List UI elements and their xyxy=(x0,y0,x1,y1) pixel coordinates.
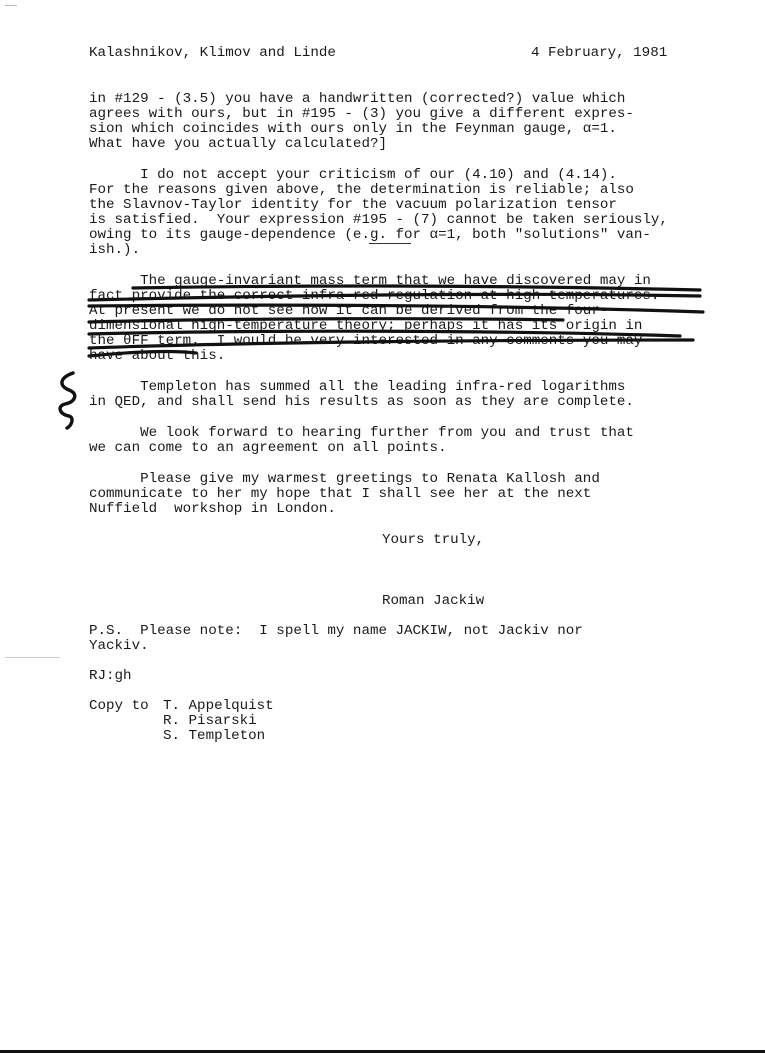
text-line: Please give my warmest greetings to Rena… xyxy=(89,472,600,487)
text-line: Nuffield workshop in London. xyxy=(89,502,336,517)
text-line: Yackiv. xyxy=(89,639,149,654)
text-line: in QED, and shall send his results as so… xyxy=(89,395,634,410)
margin-squiggle-icon xyxy=(55,370,85,430)
closing: Yours truly, xyxy=(382,533,484,548)
text-line: P.S. Please note: I spell my name JACKIW… xyxy=(89,624,583,639)
typist-initials: RJ:gh xyxy=(89,669,132,684)
copy-recipient: S. Templeton xyxy=(163,729,265,744)
scan-artifact xyxy=(5,657,60,658)
handwritten-strikethrough-icon xyxy=(0,0,765,1053)
copy-recipient: T. Appelquist xyxy=(163,699,274,714)
scan-artifact xyxy=(5,5,17,6)
signature-name: Roman Jackiw xyxy=(382,594,484,609)
text-line: communicate to her my hope that I shall … xyxy=(89,487,591,502)
copy-recipient: R. Pisarski xyxy=(163,714,257,729)
text-line: we can come to an agreement on all point… xyxy=(89,441,447,456)
copy-label: Copy to xyxy=(89,699,149,714)
text-line: We look forward to hearing further from … xyxy=(89,426,634,441)
text-line: Templeton has summed all the leading inf… xyxy=(89,380,625,395)
